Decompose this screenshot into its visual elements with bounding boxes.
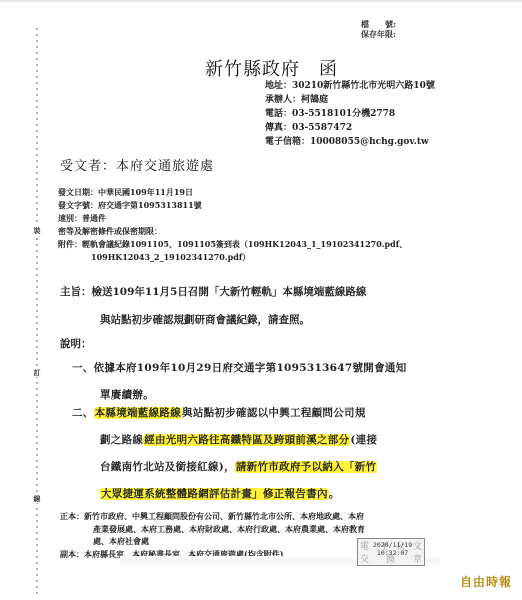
recipient: 受文者：本府交通旅遊處 xyxy=(60,155,214,174)
binding-mark-ding: 訂 xyxy=(32,368,42,377)
distribution-list: 正本：新竹市政府、中興工程顧問股份有公司、新竹縣竹北市公所、本府地政處、本府 產… xyxy=(60,510,365,560)
subject-line-1: 主旨：檢送109年11月5日召開「大新竹輕軌」本縣境端藍線路線 xyxy=(60,278,366,306)
document-number: 發文字號：府交通字第1095313811號 xyxy=(58,199,407,212)
delivery-speed: 速別：普通件 xyxy=(58,212,407,225)
stamp-timestamp: 2020/11/19 10:32:07 xyxy=(373,541,412,557)
subject: 主旨：檢送109年11月5日召開「大新竹輕軌」本縣境端藍線路線 與站點初步確認規… xyxy=(60,278,366,334)
subject-line-2: 與站點初步確認規劃研商會議紀錄，請查照。 xyxy=(60,306,366,334)
top-border xyxy=(0,0,522,2)
binding-mark-xian: 線 xyxy=(32,494,42,503)
contact-block: 地址：30210新竹縣竹北市光明六路10號 承辦人：柯鵠庭 電話：03-5518… xyxy=(265,79,435,149)
primary-recipients-line-1: 正本：新竹市政府、中興工程顧問股份有公司、新竹縣竹北市公所、本府地政處、本府 xyxy=(60,510,365,523)
item-2-line-2: 劃之路線經由光明六路往高鐵特區及跨頭前溪之部分(連接 xyxy=(72,427,377,454)
primary-recipients-line-3: 處、本府社會處 xyxy=(60,535,365,548)
stamp-char: 交 xyxy=(360,552,369,565)
stamp-char: 章 xyxy=(413,552,422,565)
retention-label: 保存年限: xyxy=(361,29,396,39)
item-1-line-1: 一、依據本府109年10月29日府交通字第1095313647號開會通知 xyxy=(72,355,407,382)
file-no-label: 檔 號: xyxy=(361,19,396,29)
item-2-text-4: 台鐵南竹北站及銜接紅線)， xyxy=(100,461,235,473)
item-2-line-4: 大眾捷運系統整體路網評估計畫」修正報告書內。 xyxy=(72,481,377,508)
highlight-route-segment: 經由光明六路往高鐵特區及跨頭前溪之部分 xyxy=(143,434,350,446)
phone: 電話：03-5518101分機2778 xyxy=(265,107,435,121)
secrecy-level: 密等及解密條件或保密期限： xyxy=(58,225,407,238)
attachment-line-1: 附件：輕軌會議紀錄1091105、1091105簽到表（109HK12043_1… xyxy=(58,238,407,251)
explanation-item-2: 二、本縣境端藍線路線與站點初步確認以中興工程顧問公司規 劃之路線經由光明六路往高… xyxy=(72,400,377,508)
binding-mark-zhuang: 裝 xyxy=(32,226,42,235)
attachment-line-2: 109HK12043_2_19102341270.pdf） xyxy=(58,251,407,264)
document-meta: 發文日期：中華民國109年11月19日 發文字號：府交通字第1095313811… xyxy=(58,186,407,264)
item-2-prefix: 二、 xyxy=(72,407,94,419)
electronic-document-stamp: 電 子 公 文 交 換 章 2020/11/19 10:32:07 xyxy=(357,538,425,566)
issue-date: 發文日期：中華民國109年11月19日 xyxy=(58,186,407,199)
item-2-text-3: (連接 xyxy=(350,434,377,446)
highlight-mrt-plan: 大眾捷運系統整體路網評估計畫」修正報告書內 xyxy=(100,488,329,500)
document-title: 新竹縣政府 函 xyxy=(205,55,338,81)
fax: 傳真：03-5587472 xyxy=(265,121,435,135)
stamp-time: 10:32:07 xyxy=(373,549,412,557)
archive-info: 檔 號: 保存年限: xyxy=(361,19,396,39)
item-2-text-2: 劃之路線 xyxy=(100,434,143,446)
item-2-line-3: 台鐵南竹北站及銜接紅線)，請新竹市政府予以納入「新竹 xyxy=(72,454,377,481)
highlight-blue-line-route: 本縣境端藍線路線 xyxy=(94,407,182,419)
stamp-date: 2020/11/19 xyxy=(373,541,412,549)
highlight-request-hsinchu-city: 請新竹市政府予以納入「新竹 xyxy=(235,461,377,473)
explanation-label: 說明： xyxy=(60,336,92,351)
publisher-watermark: 自由時報 xyxy=(460,573,512,590)
email: 電子信箱：10008055@hchg.gov.tw xyxy=(265,135,435,149)
item-2-line-1: 二、本縣境端藍線路線與站點初步確認以中興工程顧問公司規 xyxy=(72,400,377,427)
stamp-char: 文 xyxy=(413,539,422,552)
primary-recipients-line-2: 產業發展處、本府工務處、本府財政處、本府行政處、本府農業處、本府教育 xyxy=(60,523,365,536)
binding-line xyxy=(35,26,39,596)
handler: 承辦人：柯鵠庭 xyxy=(265,93,435,107)
item-2-text-1: 與站點初步確認以中興工程顧問公司規 xyxy=(182,407,366,419)
item-2-text-5: 。 xyxy=(329,488,340,500)
stamp-char: 電 xyxy=(360,539,369,552)
address: 地址：30210新竹縣竹北市光明六路10號 xyxy=(265,79,435,93)
